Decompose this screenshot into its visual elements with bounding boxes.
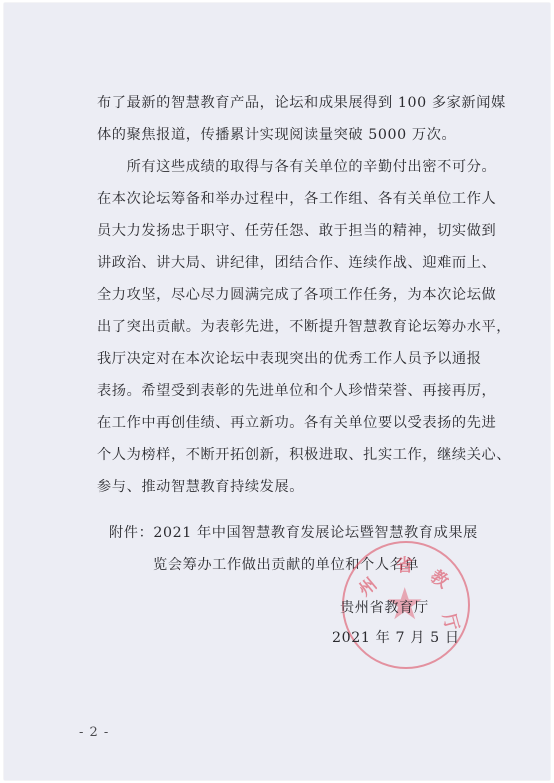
body-line: 我厅决定对在本次论坛中表现突出的优秀工作人员予以通报: [97, 348, 481, 368]
seal-char: 省: [396, 551, 413, 576]
body-line: 体的聚焦报道，传播累计实现阅读量突破 5000 万次。: [97, 124, 456, 144]
body-line: 所有这些成绩的取得与各有关单位的辛勤付出密不可分。: [97, 156, 496, 176]
signature-organization: 贵州省教育厅: [340, 597, 429, 617]
body-line: 在本次论坛筹备和举办过程中，各工作组、各有关单位工作人: [97, 188, 496, 208]
body-line: 讲政治、讲大局、讲纪律，团结合作、连续作战、迎难而上、: [97, 252, 496, 272]
page-number: - 2 -: [79, 725, 109, 740]
body-line: 员大力发扬忠于职守、任劳任怨、敢于担当的精神，切实做到: [97, 220, 496, 240]
body-line: 出了突出贡献。为表彰先进，不断提升智慧教育论坛筹办水平，: [97, 316, 511, 336]
body-line: 参与、推动智慧教育持续发展。: [97, 476, 304, 496]
body-line: 表扬。希望受到表彰的先进单位和个人珍惜荣誉、再接再厉，: [97, 380, 496, 400]
signature-date: 2021 年 7 月 5 日: [332, 627, 460, 647]
seal-char: 教: [426, 562, 454, 592]
body-line: 个人为榜样，不断开拓创新，积极进取、扎实工作，继续关心、: [97, 444, 511, 464]
document-page: 布了最新的智慧教育产品，论坛和成果展得到 100 多家新闻媒 体的聚焦报道，传播…: [4, 3, 550, 780]
body-line: 在工作中再创佳绩、再立新功。各有关单位要以受表扬的先进: [97, 412, 496, 432]
attachment-line-1: 附件：2021 年中国智慧教育发展论坛暨智慧教育成果展: [109, 522, 478, 542]
body-line: 布了最新的智慧教育产品，论坛和成果展得到 100 多家新闻媒: [97, 92, 506, 112]
body-line: 全力攻坚，尽心尽力圆满完成了各项工作任务，为本次论坛做: [97, 284, 496, 304]
